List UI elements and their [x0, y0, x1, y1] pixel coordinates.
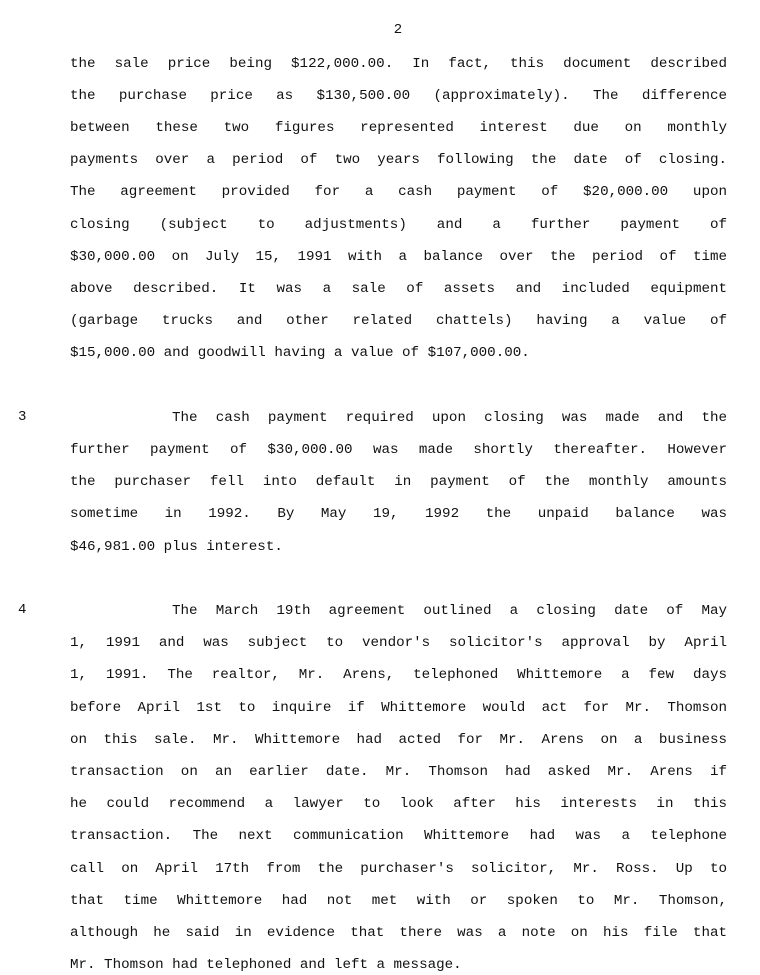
text-line: $15,000.00 and goodwill having a value o… [70, 344, 727, 362]
text-line: the sale price being $122,000.00. In fac… [70, 55, 727, 73]
text-line: sometime in 1992. By May 19, 1992 the un… [70, 505, 727, 523]
paragraph-number: 4 [18, 602, 26, 618]
text-line: The March 19th agreement outlined a clos… [172, 602, 727, 620]
text-line: further payment of $30,000.00 was made s… [70, 441, 727, 459]
text-line: The cash payment required upon closing w… [172, 409, 727, 427]
text-line: between these two figures represented in… [70, 119, 727, 137]
text-line: the purchaser fell into default in payme… [70, 473, 727, 491]
text-line: transaction on an earlier date. Mr. Thom… [70, 763, 727, 781]
text-line: he could recommend a lawyer to look afte… [70, 795, 727, 813]
text-line: above described. It was a sale of assets… [70, 280, 727, 298]
text-line: closing (subject to adjustments) and a f… [70, 216, 727, 234]
page-number: 2 [0, 22, 760, 38]
text-line: the purchase price as $130,500.00 (appro… [70, 87, 727, 105]
paragraph-number: 3 [18, 409, 26, 425]
text-line: $46,981.00 plus interest. [70, 538, 727, 556]
text-line: before April 1st to inquire if Whittemor… [70, 699, 727, 717]
text-line: although he said in evidence that there … [70, 924, 727, 942]
text-line: on this sale. Mr. Whittemore had acted f… [70, 731, 727, 749]
text-line: payments over a period of two years foll… [70, 151, 727, 169]
text-line: 1, 1991. The realtor, Mr. Arens, telepho… [70, 666, 727, 684]
text-line: that time Whittemore had not met with or… [70, 892, 727, 910]
text-line: call on April 17th from the purchaser's … [70, 860, 727, 878]
text-line: Mr. Thomson had telephoned and left a me… [70, 956, 727, 974]
text-line: 1, 1991 and was subject to vendor's soli… [70, 634, 727, 652]
text-line: The agreement provided for a cash paymen… [70, 183, 727, 201]
text-line: transaction. The next communication Whit… [70, 827, 727, 845]
text-line: (garbage trucks and other related chatte… [70, 312, 727, 330]
text-line: $30,000.00 on July 15, 1991 with a balan… [70, 248, 727, 266]
